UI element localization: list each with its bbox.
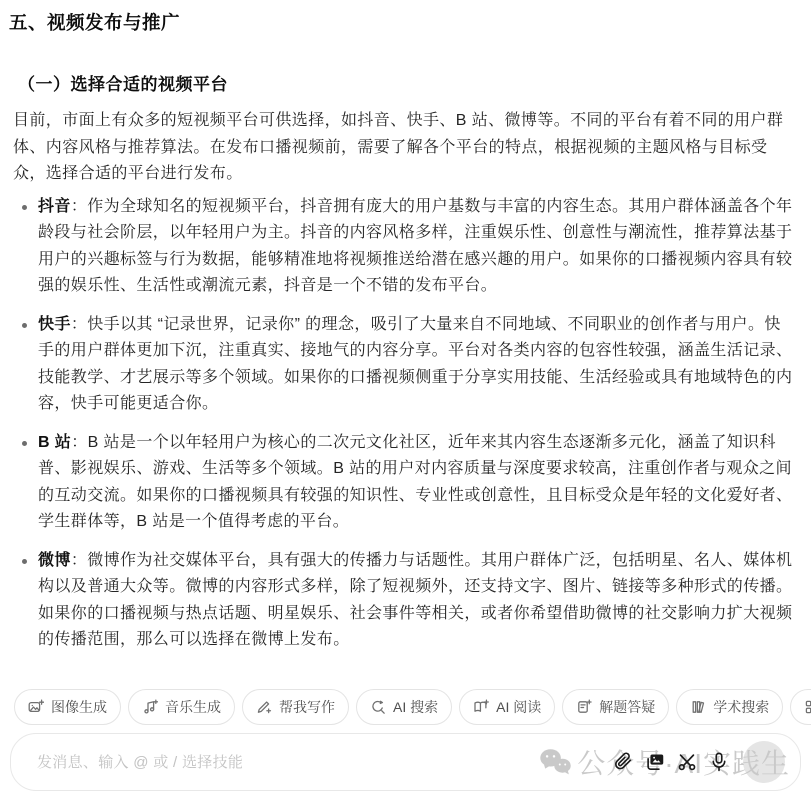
solve-question-button[interactable]: 解题答疑 [562,689,669,725]
message-input[interactable] [35,734,415,790]
platform-list: 抖音：作为全球知名的短视频平台，抖音拥有庞大的用户基数与丰富的内容生态。其用户群… [13,194,793,654]
platform-desc: ：作为全球知名的短视频平台，抖音拥有庞大的用户基数与丰富的内容生态。其用户群体涵… [38,198,792,295]
writing-icon [256,699,272,715]
image-generate-icon [28,699,44,715]
platform-term: 快手 [38,316,71,333]
skill-button-label: 音乐生成 [165,697,221,717]
skill-button-label: AI 阅读 [496,697,541,717]
list-item: B 站：B 站是一个以年轻用户为核心的二次元文化社区，近年来其内容生态逐渐多元化… [13,430,793,536]
voice-input-button[interactable] [708,751,730,773]
document-view: 五、视频发布与推广 （一）选择合适的视频平台 目前，市面上有众多的短视频平台可供… [0,0,811,682]
more-grid-icon [804,699,811,715]
image-generate-button[interactable]: 图像生成 [14,689,121,725]
solve-question-icon [576,699,592,715]
skill-button-label: 解题答疑 [599,697,655,717]
skill-toolbar: 图像生成 音乐生成 帮我写作 AI 搜索 AI 阅读 解题答疑 学术搜索 更多 [14,689,811,725]
music-generate-button[interactable]: 音乐生成 [128,689,235,725]
platform-desc: ：微博作为社交媒体平台，具有强大的传播力与话题性。其用户群体广泛，包括明星、名人… [38,552,792,649]
ai-read-icon [473,699,489,715]
clip-button[interactable] [676,751,698,773]
skill-button-label: 学术搜索 [713,697,769,717]
academic-search-button[interactable]: 学术搜索 [676,689,783,725]
platform-term: 微博 [38,552,71,569]
skill-button-label: 帮我写作 [279,697,335,717]
wechat-icon [539,748,572,776]
microphone-icon [708,751,730,773]
skill-button-label: AI 搜索 [393,697,438,717]
music-generate-icon [142,699,158,715]
help-me-write-button[interactable]: 帮我写作 [242,689,349,725]
platform-term: 抖音 [38,198,71,215]
screenshot-image-icon [644,751,666,773]
platform-desc: ：B 站是一个以年轻用户为核心的二次元文化社区，近年来其内容生态逐渐多元化，涵盖… [38,434,792,531]
more-button[interactable]: 更多 [790,689,811,725]
list-item: 微博：微博作为社交媒体平台，具有强大的传播力与话题性。其用户群体广泛，包括明星、… [13,548,793,654]
composer-actions [612,751,730,773]
list-item: 快手：快手以其 “记录世界，记录你” 的理念，吸引了大量来自不同地域、不同职业的… [13,312,793,418]
send-button[interactable] [743,741,785,783]
platform-desc: ：快手以其 “记录世界，记录你” 的理念，吸引了大量来自不同地域、不同职业的创作… [38,316,792,413]
list-item: 抖音：作为全球知名的短视频平台，抖音拥有庞大的用户基数与丰富的内容生态。其用户群… [13,194,793,300]
message-composer: 公众号·AI实践生 [10,733,801,791]
platform-term: B 站 [38,434,71,451]
section-1-heading: （一）选择合适的视频平台 [18,70,793,95]
ai-search-icon [370,699,386,715]
doc-title: 五、视频发布与推广 [9,9,793,35]
skill-button-label: 图像生成 [51,697,107,717]
attach-file-button[interactable] [612,751,634,773]
paperclip-icon [612,751,634,773]
section-1-intro: 目前，市面上有众多的短视频平台可供选择，如抖音、快手、B 站、微博等。不同的平台… [13,108,793,188]
ai-read-button[interactable]: AI 阅读 [459,689,555,725]
scissors-icon [676,751,698,773]
ai-search-button[interactable]: AI 搜索 [356,689,452,725]
academic-search-icon [690,699,706,715]
screenshot-button[interactable] [644,751,666,773]
